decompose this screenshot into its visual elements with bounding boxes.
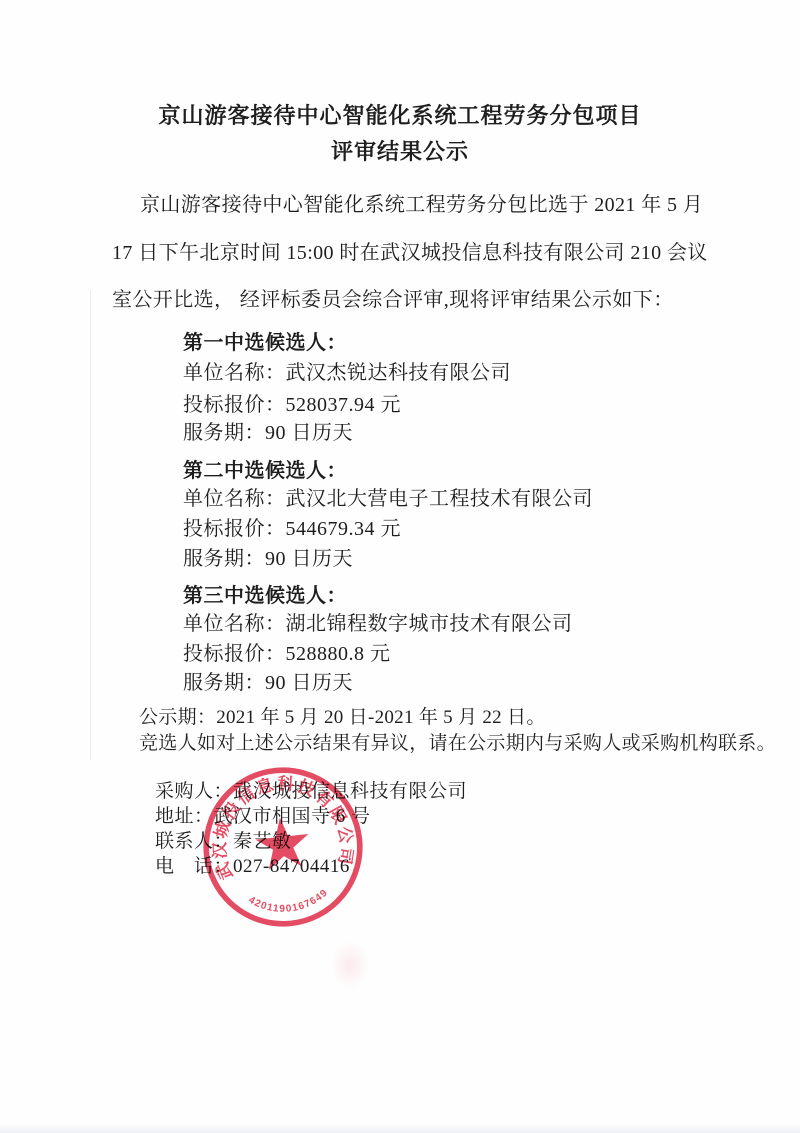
candidate1-price-label: 投标报价： [183, 394, 286, 416]
candidate2-period-value: 90 日历天 [265, 548, 353, 570]
page-bottom-scan-shadow [0, 1123, 800, 1133]
candidate2-price-value: 544679.34 元 [286, 518, 402, 540]
candidate3-price-value: 528880.8 元 [286, 643, 391, 665]
candidate3-period-label: 服务期： [183, 672, 265, 694]
candidate3-period-value: 90 日历天 [265, 672, 353, 694]
candidate2-company-line: 单位名称：武汉北大营电子工程技术有限公司 [183, 482, 593, 511]
candidate1-period-label: 服务期： [183, 422, 265, 444]
intro-paragraph-line1: 京山游客接待中心智能化系统工程劳务分包比选于 2021 年 5 月 [140, 188, 703, 217]
candidate3-company-value: 湖北锦程数字城市技术有限公司 [286, 613, 573, 635]
candidate1-company-line: 单位名称：武汉杰锐达科技有限公司 [183, 356, 511, 385]
candidate3-company-line: 单位名称：湖北锦程数字城市技术有限公司 [183, 607, 573, 636]
seal-ink-smudge [330, 940, 370, 990]
candidate3-company-label: 单位名称： [183, 613, 286, 635]
candidate1-company-value: 武汉杰锐达科技有限公司 [286, 362, 512, 384]
publicity-period-line: 公示期：2021 年 5 月 20 日-2021 年 5 月 22 日。 [139, 702, 546, 729]
document-title-line1: 京山游客接待中心智能化系统工程劳务分包项目 [0, 99, 800, 130]
candidate2-period-label: 服务期： [183, 548, 265, 570]
company-seal-stamp: 武汉城投信息科技有限公司 4201190167649 [195, 759, 371, 935]
candidate1-price-line: 投标报价：528037.94 元 [183, 388, 401, 417]
scan-fold-artifact [90, 290, 91, 760]
intro-paragraph-line2: 17 日下午北京时间 15:00 时在武汉城投信息科技有限公司 210 会议 [112, 236, 708, 265]
candidate2-company-value: 武汉北大营电子工程技术有限公司 [286, 488, 594, 510]
seal-star-icon [253, 815, 311, 871]
document-title-line2: 评审结果公示 [0, 135, 800, 166]
candidate2-price-label: 投标报价： [183, 518, 286, 540]
candidate3-price-line: 投标报价：528880.8 元 [183, 637, 391, 666]
document-page: 京山游客接待中心智能化系统工程劳务分包项目 评审结果公示 京山游客接待中心智能化… [0, 0, 800, 1133]
candidate3-period-line: 服务期：90 日历天 [183, 666, 353, 695]
objection-line: 竞选人如对上述公示结果有异议，请在公示期内与采购人或采购机构联系。 [139, 728, 776, 755]
candidate2-price-line: 投标报价：544679.34 元 [183, 512, 401, 541]
candidate1-period-value: 90 日历天 [265, 422, 353, 444]
candidate1-period-line: 服务期：90 日历天 [183, 416, 353, 445]
candidate1-company-label: 单位名称： [183, 362, 286, 384]
candidate2-company-label: 单位名称： [183, 488, 286, 510]
candidate3-heading: 第三中选候选人： [183, 579, 347, 608]
candidate3-price-label: 投标报价： [183, 643, 286, 665]
candidate1-price-value: 528037.94 元 [286, 394, 402, 416]
candidate2-period-line: 服务期：90 日历天 [183, 542, 353, 571]
candidate1-heading: 第一中选候选人： [183, 326, 347, 355]
intro-paragraph-line3: 室公开比选， 经评标委员会综合评审,现将评审结果公示如下： [112, 283, 674, 312]
candidate2-heading: 第二中选候选人： [183, 454, 347, 483]
